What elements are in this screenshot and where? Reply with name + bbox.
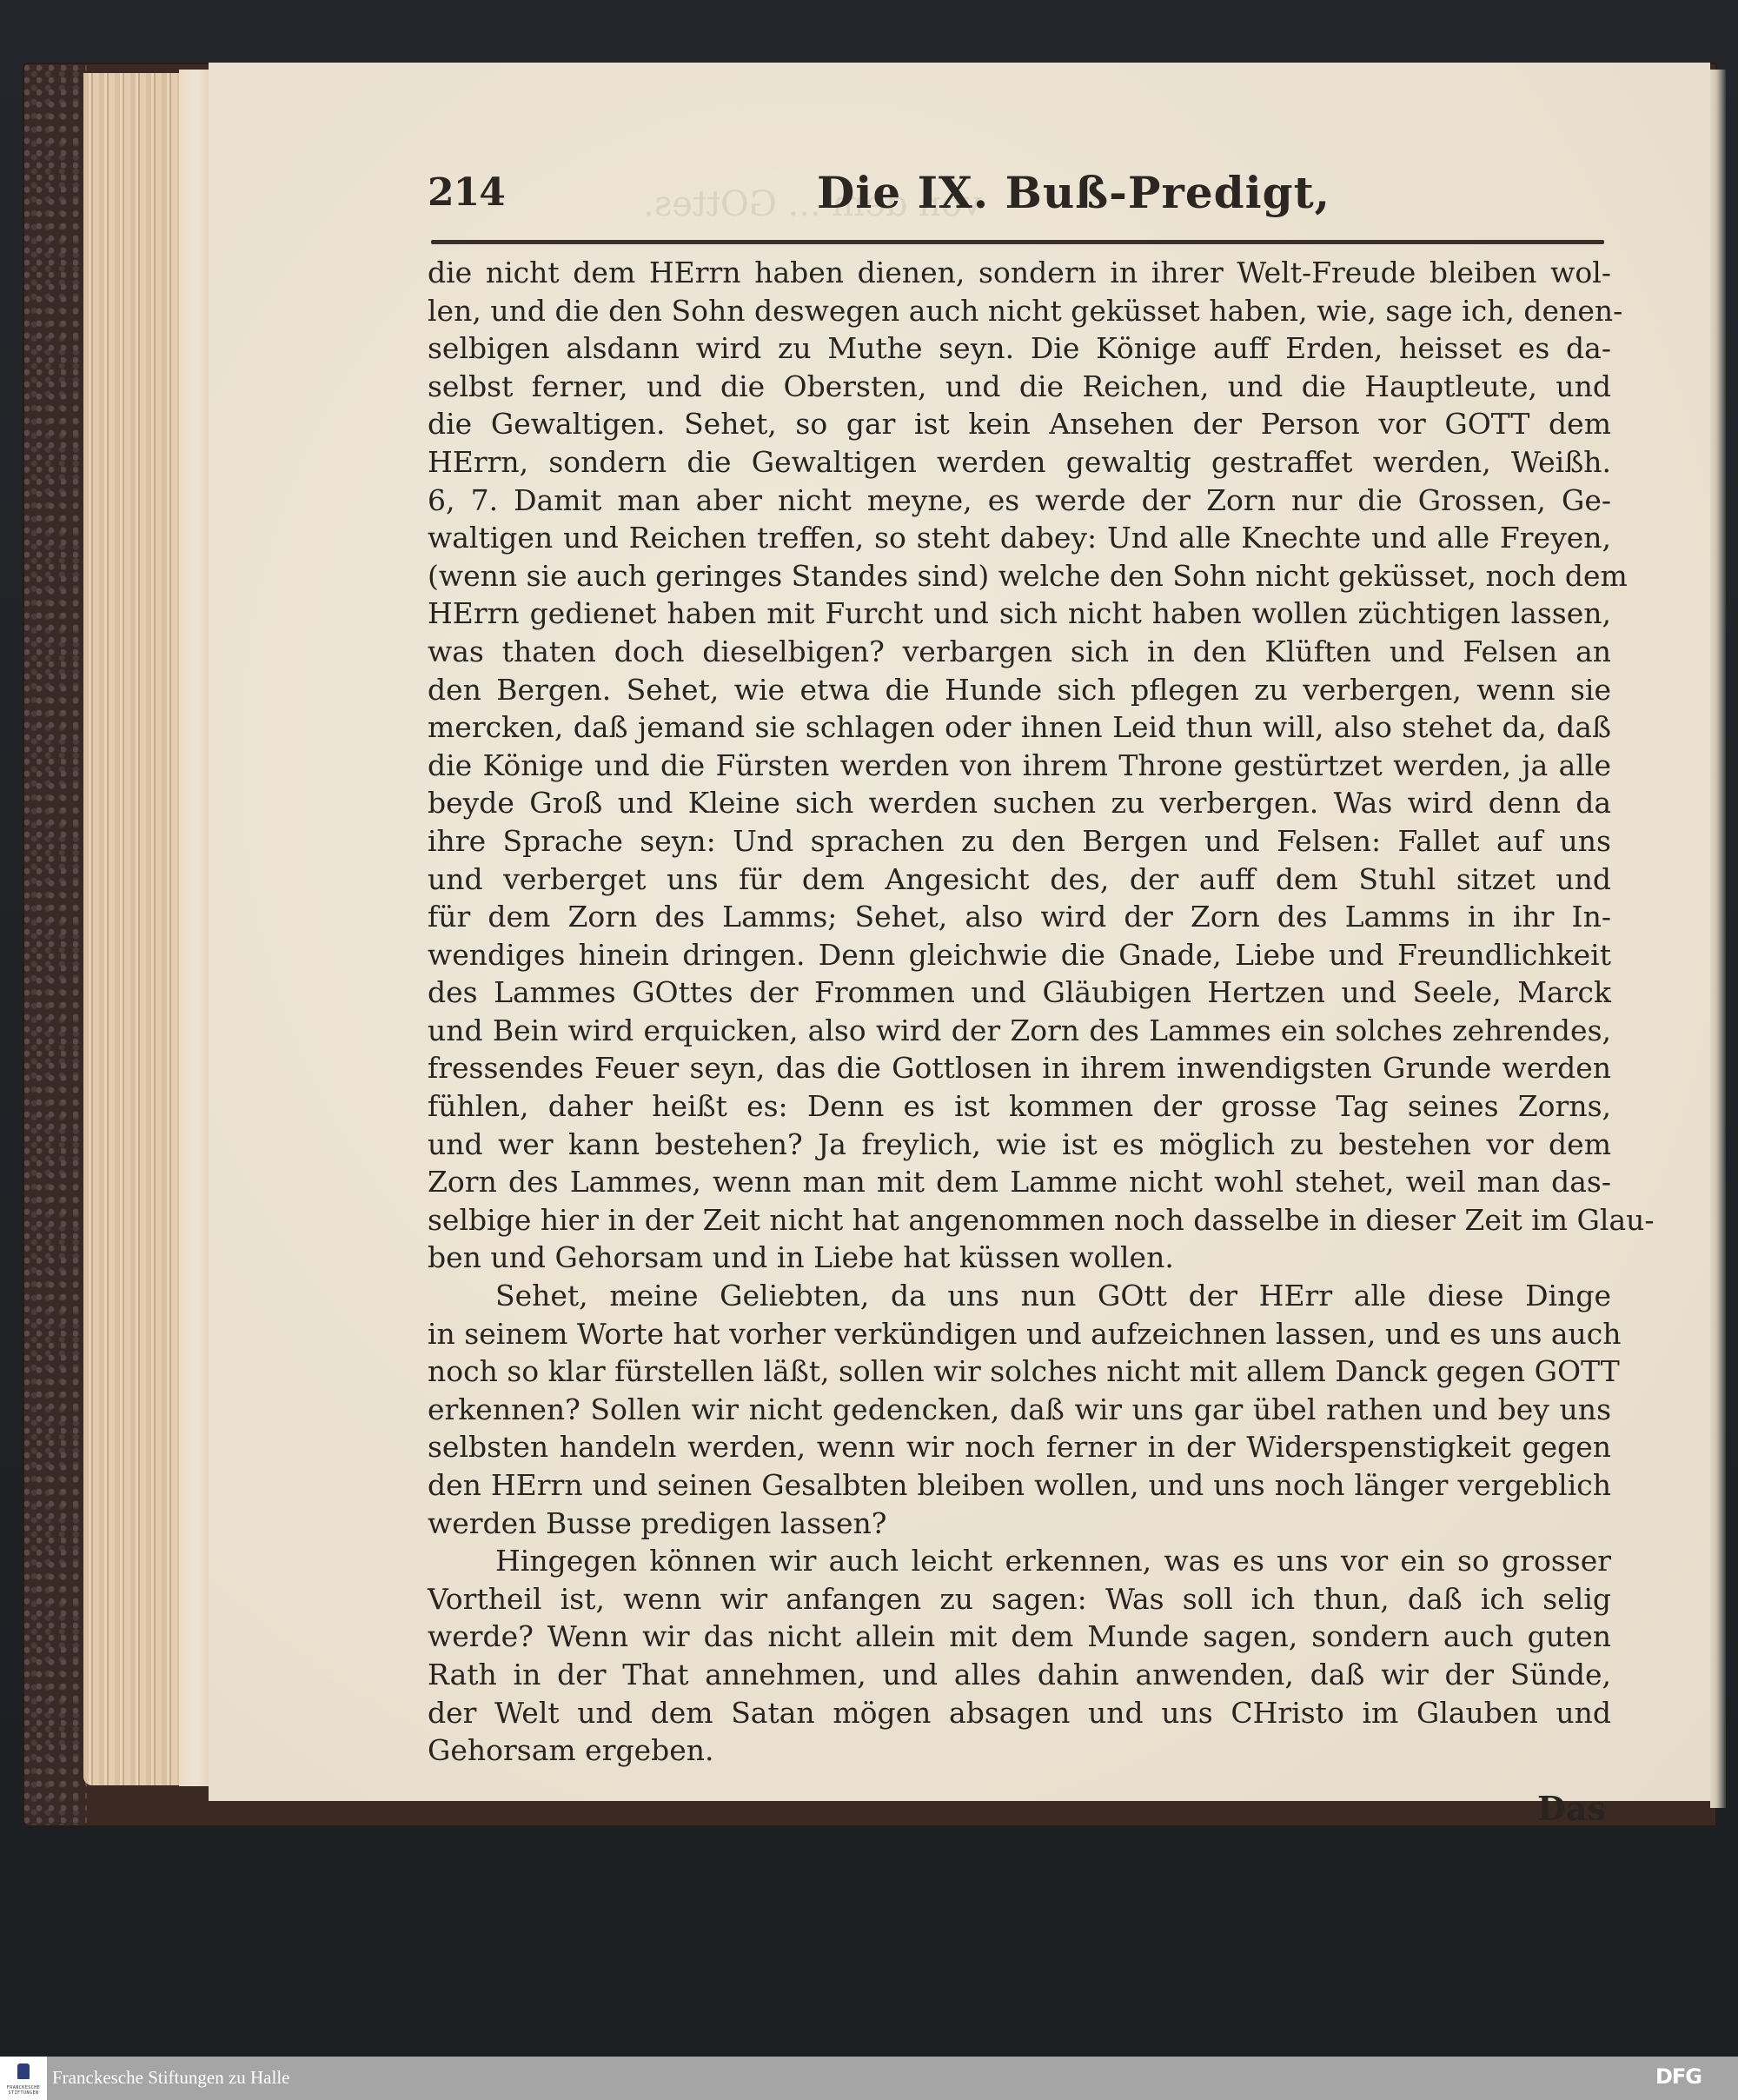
catchword: Das (1477, 1789, 1606, 1828)
text-line: und wer kann bestehen? Ja freylich, wie … (428, 1126, 1611, 1164)
text-line: werde? Wenn wir das nicht allein mit dem… (428, 1618, 1611, 1656)
text-line: 6, 7. Damit man aber nicht meyne, es wer… (428, 482, 1611, 520)
book-spine-leather (24, 64, 87, 1825)
institution-name[interactable]: Franckesche Stiftungen zu Halle (52, 2067, 290, 2089)
text-line: erkennen? Sollen wir nicht gedencken, da… (428, 1391, 1611, 1429)
text-line: Vortheil ist, wenn wir anfangen zu sagen… (428, 1580, 1611, 1618)
text-line: ben und Gehorsam und in Liebe hat küssen… (428, 1239, 1611, 1277)
page-right-edge (1710, 70, 1726, 1808)
text-line: in seinem Worte hat vorher verkündigen u… (428, 1315, 1611, 1353)
paragraph-start-line: Sehet, meine Geliebten, da uns nun GOtt … (428, 1277, 1611, 1315)
page-gutter (179, 70, 210, 1786)
running-head-title: Die IX. Buß-Predigt, (817, 167, 1330, 218)
running-head: 214 Die IX. Buß-Predigt, (428, 170, 1601, 231)
text-line: werden Busse predigen lassen? (428, 1505, 1611, 1543)
text-line: len, und die den Sohn deswegen auch nich… (428, 292, 1611, 330)
body-text: die nicht dem HErrn haben dienen, sonder… (428, 254, 1611, 1770)
institution-logo[interactable]: FRANCKESCHE STIFTUNGEN (0, 2057, 47, 2100)
paragraph-start-line: Hingegen können wir auch leicht erkennen… (428, 1542, 1611, 1580)
text-line: selbige hier in der Zeit nicht hat angen… (428, 1201, 1611, 1239)
text-line: Gehorsam ergeben. (428, 1731, 1611, 1770)
text-line: noch so klar fürstellen läßt, sollen wir… (428, 1352, 1611, 1391)
dfg-logo[interactable]: DFG (1655, 2064, 1702, 2089)
text-line: die Könige und die Fürsten werden von ih… (428, 747, 1611, 785)
text-line: die Gewaltigen. Sehet, so gar ist kein A… (428, 405, 1611, 443)
text-line: selbigen alsdann wird zu Muthe seyn. Die… (428, 329, 1611, 368)
text-line: den Bergen. Sehet, wie etwa die Hunde si… (428, 671, 1611, 709)
text-line: Rath in der That annehmen, und alles dah… (428, 1656, 1611, 1694)
text-line: des Lammes GOttes der Frommen und Gläubi… (428, 974, 1611, 1012)
text-line: der Welt und dem Satan mögen absagen und… (428, 1694, 1611, 1732)
text-line: beyde Groß und Kleine sich werden suchen… (428, 784, 1611, 822)
text-line: für dem Zorn des Lamms; Sehet, also wird… (428, 898, 1611, 936)
text-line: fühlen, daher heißt es: Denn es ist komm… (428, 1087, 1611, 1126)
francke-statue-icon (17, 2063, 30, 2079)
viewer-footer-bar: FRANCKESCHE STIFTUNGEN Franckesche Stift… (0, 2057, 1738, 2100)
text-line: Zorn des Lammes, wenn man mit dem Lamme … (428, 1163, 1611, 1201)
text-line: was thaten doch dieselbigen? verbargen s… (428, 633, 1611, 671)
logo-caption: FRANCKESCHE STIFTUNGEN (2, 2085, 45, 2096)
text-line: und verberget uns für dem Angesicht des,… (428, 861, 1611, 899)
text-line: HErrn, sondern die Gewaltigen werden gew… (428, 443, 1611, 482)
header-rule (431, 240, 1604, 244)
text-line: selbsten handeln werden, wenn wir noch f… (428, 1428, 1611, 1466)
text-line: selbst ferner, und die Obersten, und die… (428, 368, 1611, 406)
text-line: waltigen und Reichen treffen, so steht d… (428, 519, 1611, 557)
text-line: den HErrn und seinen Gesalbten bleiben w… (428, 1466, 1611, 1505)
text-line: (wenn sie auch geringes Standes sind) we… (428, 557, 1611, 595)
page-number: 214 (428, 170, 505, 215)
text-line: HErrn gedienet haben mit Furcht und sich… (428, 595, 1611, 633)
text-line: und Bein wird erquicken, also wird der Z… (428, 1012, 1611, 1050)
text-line: mercken, daß jemand sie schlagen oder ih… (428, 708, 1611, 747)
text-line: wendiges hinein dringen. Denn gleichwie … (428, 936, 1611, 974)
text-line: ihre Sprache seyn: Und sprachen zu den B… (428, 822, 1611, 861)
text-line: fressendes Feuer seyn, das die Gottlosen… (428, 1049, 1611, 1087)
text-line: die nicht dem HErrn haben dienen, sonder… (428, 254, 1611, 292)
